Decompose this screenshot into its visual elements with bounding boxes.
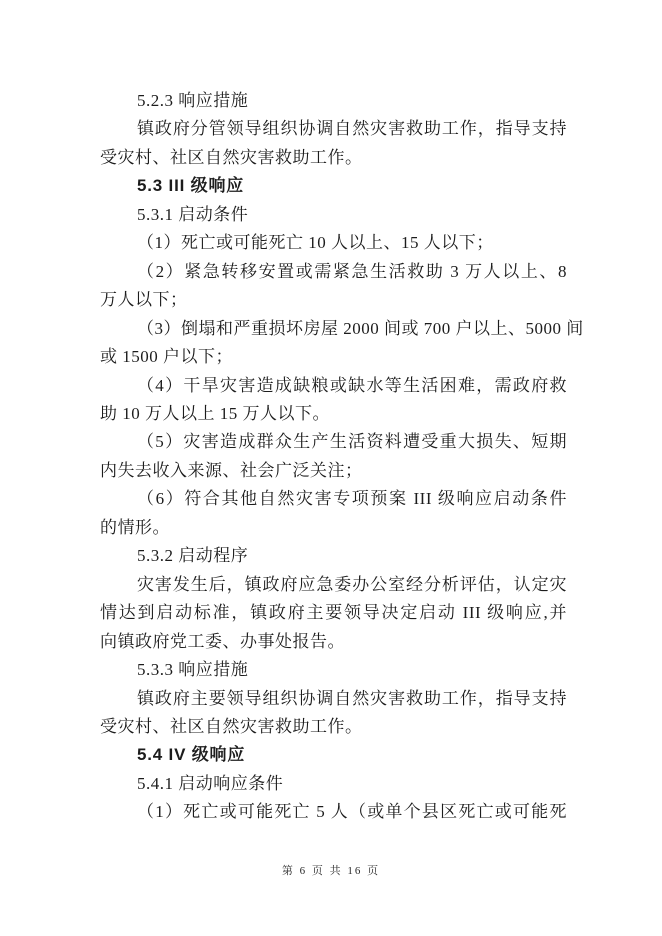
text-line: 或 1500 户以下； xyxy=(100,343,567,371)
text-line: 内失去收入来源、社会广泛关注； xyxy=(100,457,567,485)
text-line: （5）灾害造成群众生产生活资料遭受重大损失、短期 xyxy=(100,428,567,456)
text-line: 情达到启动标准，镇政府主要领导决定启动 III 级响应,并 xyxy=(100,599,567,627)
page-footer: 第 6 页 共 16 页 xyxy=(0,862,662,878)
text-line: 5.2.3 响应措施 xyxy=(100,87,567,115)
text-line: （1）死亡或可能死亡 10 人以上、15 人以下； xyxy=(100,229,567,257)
text-line: （6）符合其他自然灾害专项预案 III 级响应启动条件 xyxy=(100,485,567,513)
section-heading: 5.3 III 级响应 xyxy=(100,172,567,200)
document-body: 5.2.3 响应措施镇政府分管领导组织协调自然灾害救助工作，指导支持受灾村、社区… xyxy=(100,87,567,827)
text-line: 助 10 万人以上 15 万人以下。 xyxy=(100,400,567,428)
text-line: 5.4.1 启动响应条件 xyxy=(100,770,567,798)
text-line: 的情形。 xyxy=(100,514,567,542)
text-line: 灾害发生后，镇政府应急委办公室经分析评估，认定灾 xyxy=(100,571,567,599)
text-line: （4）干旱灾害造成缺粮或缺水等生活困难，需政府救 xyxy=(100,372,567,400)
text-line: 向镇政府党工委、办事处报告。 xyxy=(100,628,567,656)
text-line: 万人以下； xyxy=(100,286,567,314)
text-line: （1）死亡或可能死亡 5 人（或单个县区死亡或可能死 xyxy=(100,798,567,826)
text-line: 镇政府主要领导组织协调自然灾害救助工作，指导支持 xyxy=(100,685,567,713)
text-line: 5.3.2 启动程序 xyxy=(100,542,567,570)
text-line: 5.3.3 响应措施 xyxy=(100,656,567,684)
section-heading: 5.4 IV 级响应 xyxy=(100,741,567,769)
text-line: （3）倒塌和严重损坏房屋 2000 间或 700 户以上、5000 间 xyxy=(100,315,567,343)
text-line: 5.3.1 启动条件 xyxy=(100,201,567,229)
text-line: （2）紧急转移安置或需紧急生活救助 3 万人以上、8 xyxy=(100,258,567,286)
text-line: 镇政府分管领导组织协调自然灾害救助工作，指导支持 xyxy=(100,115,567,143)
text-line: 受灾村、社区自然灾害救助工作。 xyxy=(100,144,567,172)
text-line: 受灾村、社区自然灾害救助工作。 xyxy=(100,713,567,741)
document-page: 5.2.3 响应措施镇政府分管领导组织协调自然灾害救助工作，指导支持受灾村、社区… xyxy=(0,0,662,936)
